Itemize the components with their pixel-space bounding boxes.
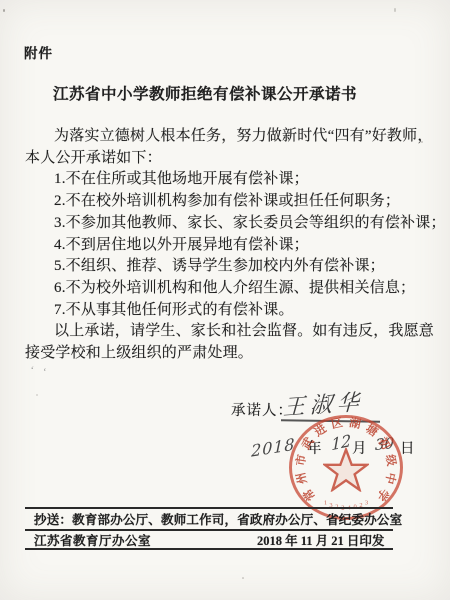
body-line: 接受学校和上级组织的严肃处理。 (25, 343, 429, 365)
pledge-item-2: 2.不在校外培训机构参加有偿补课或担任任何职务； (25, 191, 429, 213)
seal-ring-char: 常 (302, 485, 318, 501)
scan-speck (36, 394, 38, 396)
body-line: 以上承诺，请学生、家长和社会监督。如有违反，我愿意 (25, 321, 429, 343)
date-day-unit: 日 (400, 437, 415, 458)
seal-ring-char: 级 (383, 453, 396, 466)
date-month-handwritten: 12 (331, 431, 351, 455)
body-line: 为落实立德树人根本任务，努力做新时代“四有”好教师， (25, 126, 429, 148)
issuing-office: 江苏省教育厅办公室 (34, 531, 151, 549)
pledge-item-5: 5.不组织、推荐、诱导学生参加校内外有偿补课； (25, 256, 429, 278)
pledge-body: 为落实立德树人根本任务，努力做新时代“四有”好教师， 本人公开承诺如下： 1.不… (25, 126, 429, 365)
scan-speck (3, 9, 5, 12)
date-month-unit: 月 (352, 437, 367, 458)
attachment-label: 附件 (24, 42, 53, 62)
date-year-unit: 年 (307, 437, 322, 458)
scan-speck (421, 141, 423, 143)
page-title: 江苏省中小学教师拒绝有偿补课公开承诺书 (0, 82, 410, 104)
issue-date: 2018 年 11 月 21 日印发 (257, 531, 384, 549)
footer-rule-top (25, 507, 393, 509)
handwritten-signature: 王淑华 (283, 385, 365, 422)
pledge-item-4: 4.不到居住地以外开展异地有偿补课； (25, 235, 429, 257)
seal-serial-digit: 3 (365, 500, 368, 507)
cc-line: 抄送：教育部办公厅、教师工作司，省政府办公厅、省纪委办公室 (34, 510, 390, 528)
seal-ring-char: 学 (374, 485, 390, 501)
date-day-handwritten: 30 (375, 434, 395, 454)
seal-ring-char: 中 (382, 471, 396, 485)
scan-speck (394, 8, 396, 12)
seal-ring-char: 州 (296, 471, 310, 485)
scan-speck (242, 577, 244, 579)
signature-underline (281, 419, 380, 422)
pledge-item-7: 7.不从事其他任何形式的有偿补课。 (25, 300, 429, 322)
scanned-document-page: 附件 江苏省中小学教师拒绝有偿补课公开承诺书 为落实立德树人根本任务，努力做新时… (0, 0, 450, 600)
pledge-item-6: 6.不为校外培训机构和他人介绍生源、提供相关信息； (25, 278, 429, 300)
pledge-item-3: 3.不参加其他教师、家长、家长委员会等组织的有偿补课； (25, 213, 429, 235)
body-line: 本人公开承诺如下： (25, 148, 429, 170)
pledge-item-1: 1.不在住所或其他场地开展有偿补课； (25, 169, 429, 191)
scan-artifact-marks: ʻʻ (29, 364, 56, 379)
footer-rule-bottom (25, 548, 393, 550)
seal-serial-digit: 1 (324, 500, 327, 507)
date-year-handwritten: 2018 (251, 434, 296, 460)
